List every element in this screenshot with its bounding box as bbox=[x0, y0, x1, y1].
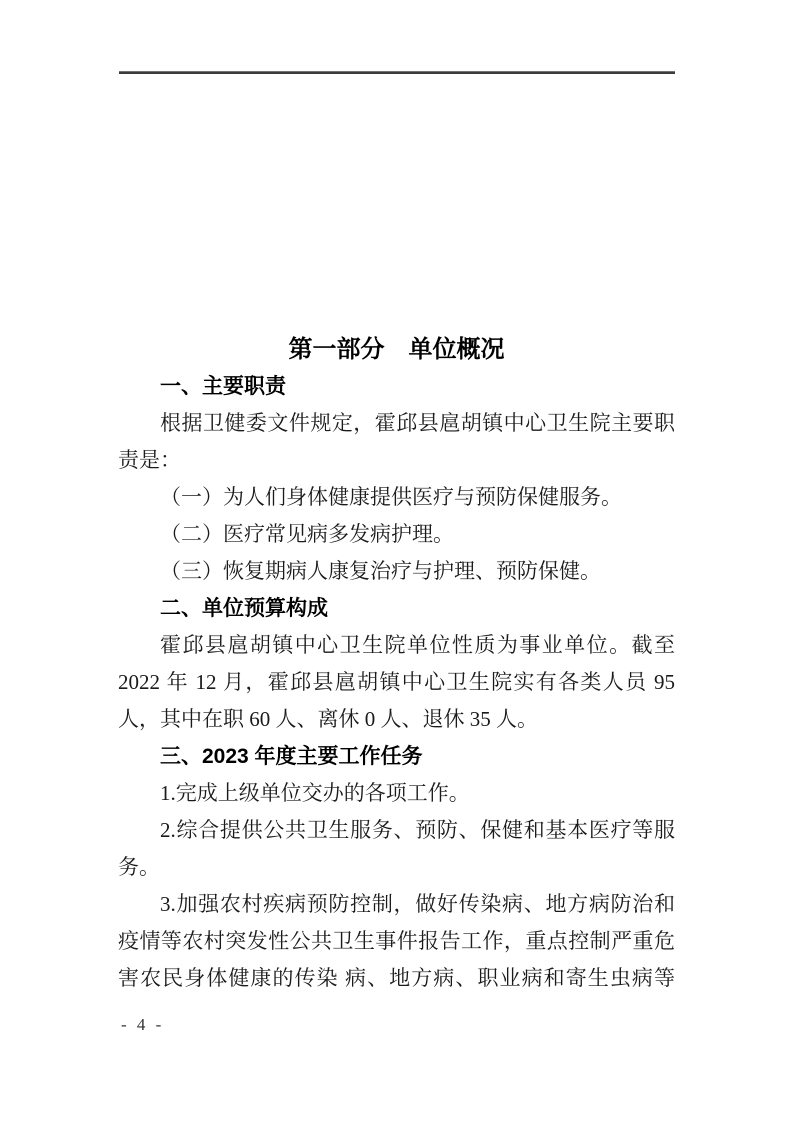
body-paragraph-task-2: 2.综合提供公共卫生服务、预防、保健和基本医疗等服务。 bbox=[118, 812, 675, 886]
section-heading-budget-composition: 二、单位预算构成 bbox=[118, 590, 675, 627]
section-heading-main-duties: 一、主要职责 bbox=[118, 368, 675, 405]
document-title: 第一部分 单位概况 bbox=[118, 331, 675, 368]
body-paragraph-task-3: 3.加强农村疾病预防控制，做好传染病、地方病防治和疫情等农村突发性公共卫生事件报… bbox=[118, 886, 675, 997]
body-paragraph-task-1: 1.完成上级单位交办的各项工作。 bbox=[118, 775, 675, 812]
page-number: - 4 - bbox=[121, 1013, 164, 1037]
body-paragraph-item-1: （一）为人们身体健康提供医疗与预防保健服务。 bbox=[118, 479, 675, 516]
body-paragraph-item-3: （三）恢复期病人康复治疗与护理、预防保健。 bbox=[118, 553, 675, 590]
body-paragraph: 根据卫健委文件规定，霍邱县扈胡镇中心卫生院主要职责是： bbox=[118, 405, 675, 479]
section-heading-2023-tasks: 三、2023 年度主要工作任务 bbox=[118, 738, 675, 775]
document-body: 第一部分 单位概况 一、主要职责 根据卫健委文件规定，霍邱县扈胡镇中心卫生院主要… bbox=[118, 331, 675, 997]
document-page: 第一部分 单位概况 一、主要职责 根据卫健委文件规定，霍邱县扈胡镇中心卫生院主要… bbox=[0, 0, 793, 1122]
header-rule bbox=[119, 71, 675, 74]
body-paragraph-staffing: 霍邱县扈胡镇中心卫生院单位性质为事业单位。截至 2022 年 12 月，霍邱县扈… bbox=[118, 627, 675, 738]
body-paragraph-item-2: （二）医疗常见病多发病护理。 bbox=[118, 516, 675, 553]
